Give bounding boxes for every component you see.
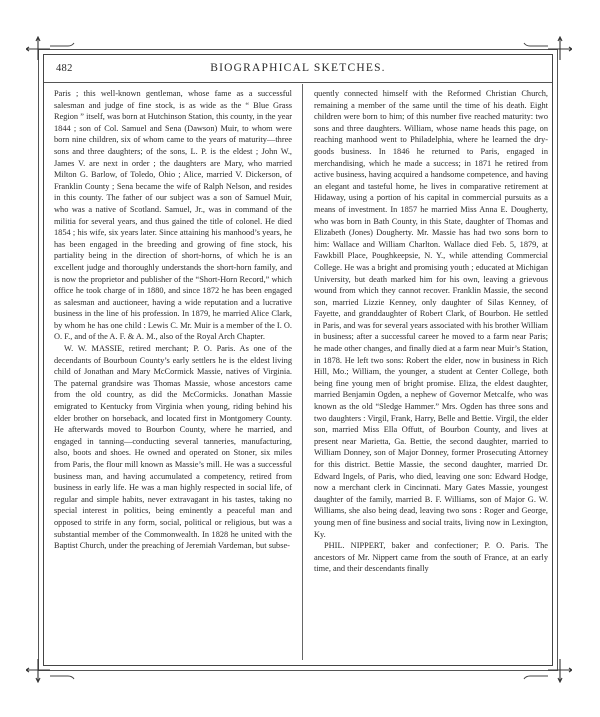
flourish-bottom-left xyxy=(50,674,76,680)
paragraph-massie: W. W. MASSIE, retired merchant; P. O. Pa… xyxy=(54,343,292,552)
right-column: quently connected himself with the Refor… xyxy=(314,88,548,575)
paragraph-nippert: PHIL. NIPPERT, baker and confectioner; P… xyxy=(314,540,548,575)
flourish-bottom-right xyxy=(522,674,548,680)
column-divider xyxy=(302,84,303,660)
left-column: Paris ; this well-known gentleman, whose… xyxy=(54,88,292,552)
running-head: BIOGRAPHICAL SKETCHES. xyxy=(44,62,552,74)
paragraph-muir: Paris ; this well-known gentleman, whose… xyxy=(54,88,292,343)
page-header: 482 BIOGRAPHICAL SKETCHES. xyxy=(44,55,552,83)
flourish-top-left xyxy=(50,42,76,48)
text-columns: Paris ; this well-known gentleman, whose… xyxy=(44,84,552,664)
flourish-top-right xyxy=(522,42,548,48)
paragraph-massie-continued: quently connected himself with the Refor… xyxy=(314,88,548,540)
